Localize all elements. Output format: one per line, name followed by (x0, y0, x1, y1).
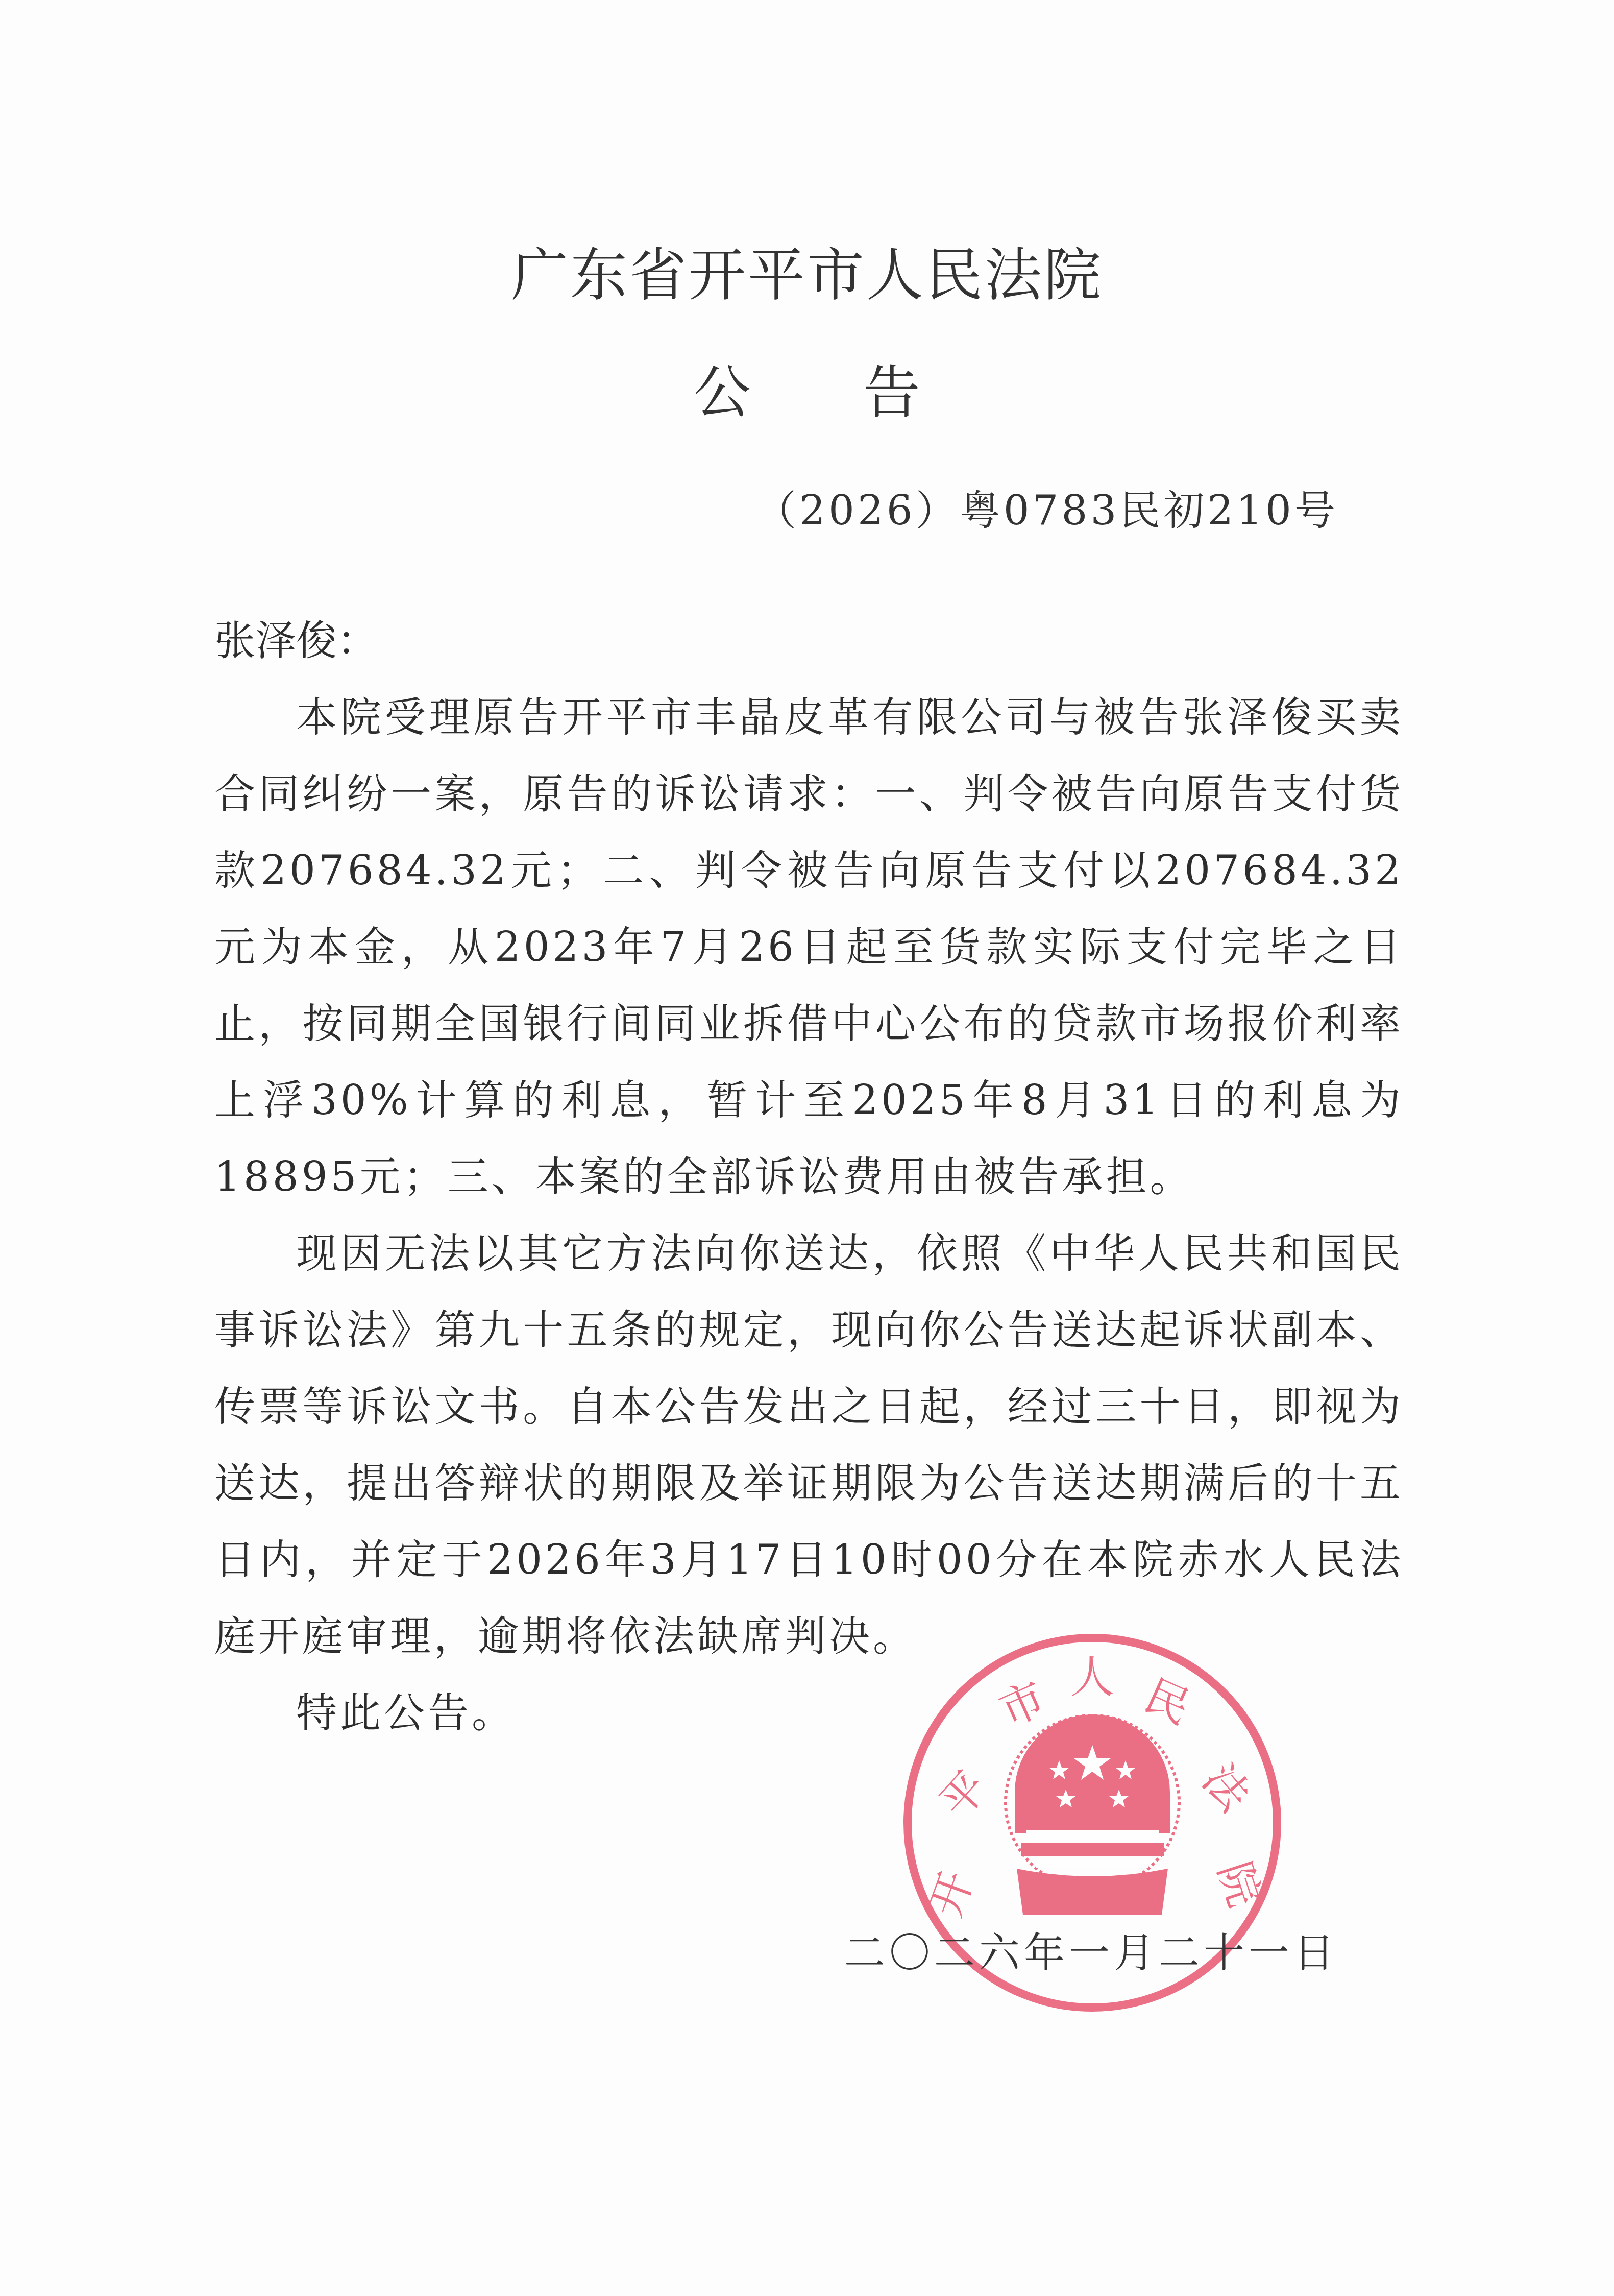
document-type-char-2: 告 (863, 347, 920, 429)
notice-body: 张泽俊： 本院受理原告开平市丰晶皮革有限公司与被告张泽俊买卖合同纠纷一案，原告的… (214, 602, 1404, 1751)
document-page: 广东省开平市人民法院 公告 （2026）粤0783民初210号 张泽俊： 本院受… (0, 0, 1614, 2296)
document-type-char-1: 公 (694, 347, 751, 429)
paragraph-service-notice: 现因无法以其它方法向你送达，依照《中华人民共和国民事诉讼法》第九十五条的规定，现… (214, 1215, 1404, 1675)
issue-date: 二〇二六年一月二十一日 (844, 1920, 1338, 1978)
paragraph-claims: 本院受理原告开平市丰晶皮革有限公司与被告张泽俊买卖合同纠纷一案，原告的诉讼请求：… (214, 679, 1404, 1215)
case-number: （2026）粤0783民初210号 (755, 477, 1338, 536)
national-emblem-icon (1006, 1714, 1179, 1915)
seal-char-4: 人 (1070, 1652, 1114, 1703)
seal-char-3: 市 (992, 1672, 1053, 1736)
seal-char-2: 平 (931, 1761, 998, 1828)
court-name-heading: 广东省开平市人民法院 (0, 230, 1614, 312)
seal-char-5: 民 (1137, 1670, 1197, 1734)
addressee: 张泽俊： (214, 602, 1404, 679)
seal-char-6: 法 (1192, 1754, 1260, 1821)
document-type-heading: 公告 (0, 347, 1614, 429)
